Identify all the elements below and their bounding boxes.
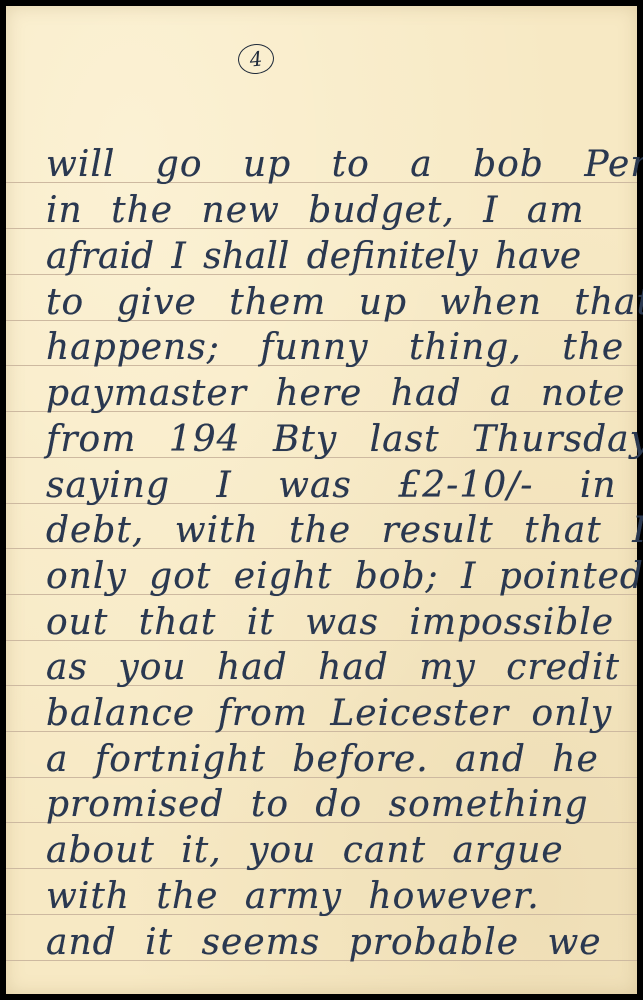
text-line-10: only got eight bob; I pointed — [46, 554, 613, 600]
page-number: 4 — [237, 42, 276, 76]
text-line-13: balance from Leicester only — [46, 691, 613, 737]
text-line-17: with the army however. — [46, 874, 613, 920]
text-line-9: debt, with the result that I — [46, 508, 613, 554]
text-line-7: from 194 Bty last Thursday — [46, 417, 613, 463]
text-line-3: afraid I shall definitely have — [46, 234, 613, 280]
text-line-18: and it seems probable we — [46, 920, 613, 966]
text-line-4: to give them up when that — [46, 280, 613, 326]
text-line-1: will go up to a bob Per 10 — [46, 142, 613, 188]
text-line-14: a fortnight before. and he — [46, 737, 613, 783]
letter-page: 4 will go up to a bob Per 10 in the new … — [6, 6, 637, 994]
text-line-8: saying I was £2-10/- in — [46, 463, 613, 509]
text-line-12: as you had had my credit — [46, 645, 613, 691]
text-line-2: in the new budget, I am — [46, 188, 613, 234]
text-line-6: paymaster here had a note — [46, 371, 613, 417]
text-line-11: out that it was impossible — [46, 600, 613, 646]
text-line-16: about it, you cant argue — [46, 828, 613, 874]
text-line-15: promised to do something — [46, 782, 613, 828]
text-line-5: happens; funny thing, the — [46, 325, 613, 371]
